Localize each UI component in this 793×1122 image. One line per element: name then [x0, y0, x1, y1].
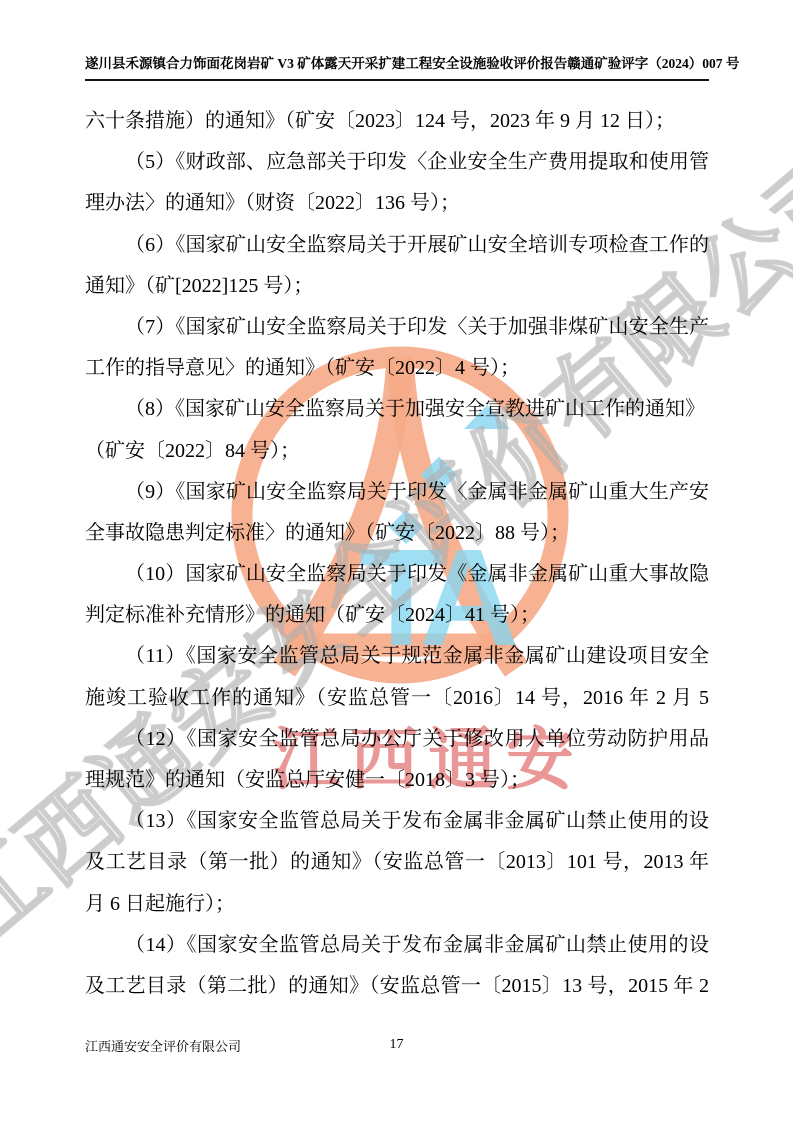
body-line: （6）《国家矿山安全监察局关于开展矿山安全培训专项检查工作的: [85, 225, 709, 266]
body-line: （8）《国家矿山安全监察局关于加强安全宣教进矿山工作的通知》: [85, 389, 709, 430]
body-line: （12）《国家安全监管总局办公厅关于修改用人单位劳动防护用品管: [85, 719, 709, 760]
body-line: 及工艺目录（第一批）的通知》（安监总管一〔2013〕101 号，2013 年 9: [85, 842, 709, 883]
body-line: （11）《国家安全监管总局关于规范金属非金属矿山建设项目安全设: [85, 636, 709, 677]
body-line: 月 6 日起施行）；: [85, 884, 709, 925]
body-line: 理规范》的通知（安监总厅安健一〔2018〕3 号）；: [85, 760, 709, 801]
body-line: 施竣工验收工作的通知》（安监总管一〔2016〕14 号，2016 年 2 月 5…: [85, 678, 709, 719]
body-line: （5）《财政部、应急部关于印发〈企业安全生产费用提取和使用管: [85, 142, 709, 183]
body-line: （10）国家矿山安全监察局关于印发《金属非金属矿山重大事故隐患: [85, 554, 709, 595]
body-line: （7）《国家矿山安全监察局关于印发〈关于加强非煤矿山安全生产: [85, 307, 709, 348]
body-line: 通知》（矿[2022]125 号）；: [85, 266, 709, 307]
body-line: 全事故隐患判定标准〉的通知》（矿安〔2022〕88 号）；: [85, 513, 709, 554]
body-line: （14）《国家安全监管总局关于发布金属非金属矿山禁止使用的设备: [85, 925, 709, 966]
header-doc-number: 赣通矿验评字（2024）007 号: [567, 52, 739, 72]
header-report-title: 遂川县禾源镇合力饰面花岗岩矿 V3 矿体露天开采扩建工程安全设施验收评价报告: [85, 52, 567, 72]
page-header: 遂川县禾源镇合力饰面花岗岩矿 V3 矿体露天开采扩建工程安全设施验收评价报告 赣…: [85, 52, 709, 81]
body-line: 理办法〉的通知》（财资〔2022〕136 号）；: [85, 183, 709, 224]
body-line: 及工艺目录（第二批）的通知》（安监总管一〔2015〕13 号，2015 年 2: [85, 966, 709, 1007]
body-line: （13）《国家安全监管总局关于发布金属非金属矿山禁止使用的设备: [85, 801, 709, 842]
footer-page-number: 17: [0, 1037, 793, 1053]
document-page: TA 江西通安安全评价有限公司 江西通安 遂川县禾源镇合力饰面花岗岩矿 V3 矿…: [0, 0, 793, 1122]
content-layer: 遂川县禾源镇合力饰面花岗岩矿 V3 矿体露天开采扩建工程安全设施验收评价报告 赣…: [0, 0, 793, 1122]
body-line: 工作的指导意见〉的通知》（矿安〔2022〕4 号）；: [85, 348, 709, 389]
body-line: （矿安〔2022〕84 号）；: [85, 431, 709, 472]
body-line: 六十条措施）的通知》（矿安〔2023〕124 号，2023 年 9 月 12 日…: [85, 101, 709, 142]
body-text: 六十条措施）的通知》（矿安〔2023〕124 号，2023 年 9 月 12 日…: [85, 101, 709, 1007]
body-line: （9）《国家矿山安全监察局关于印发〈金属非金属矿山重大生产安: [85, 472, 709, 513]
body-line: 判定标准补充情形》的通知（矿安〔2024〕41 号）；: [85, 595, 709, 636]
